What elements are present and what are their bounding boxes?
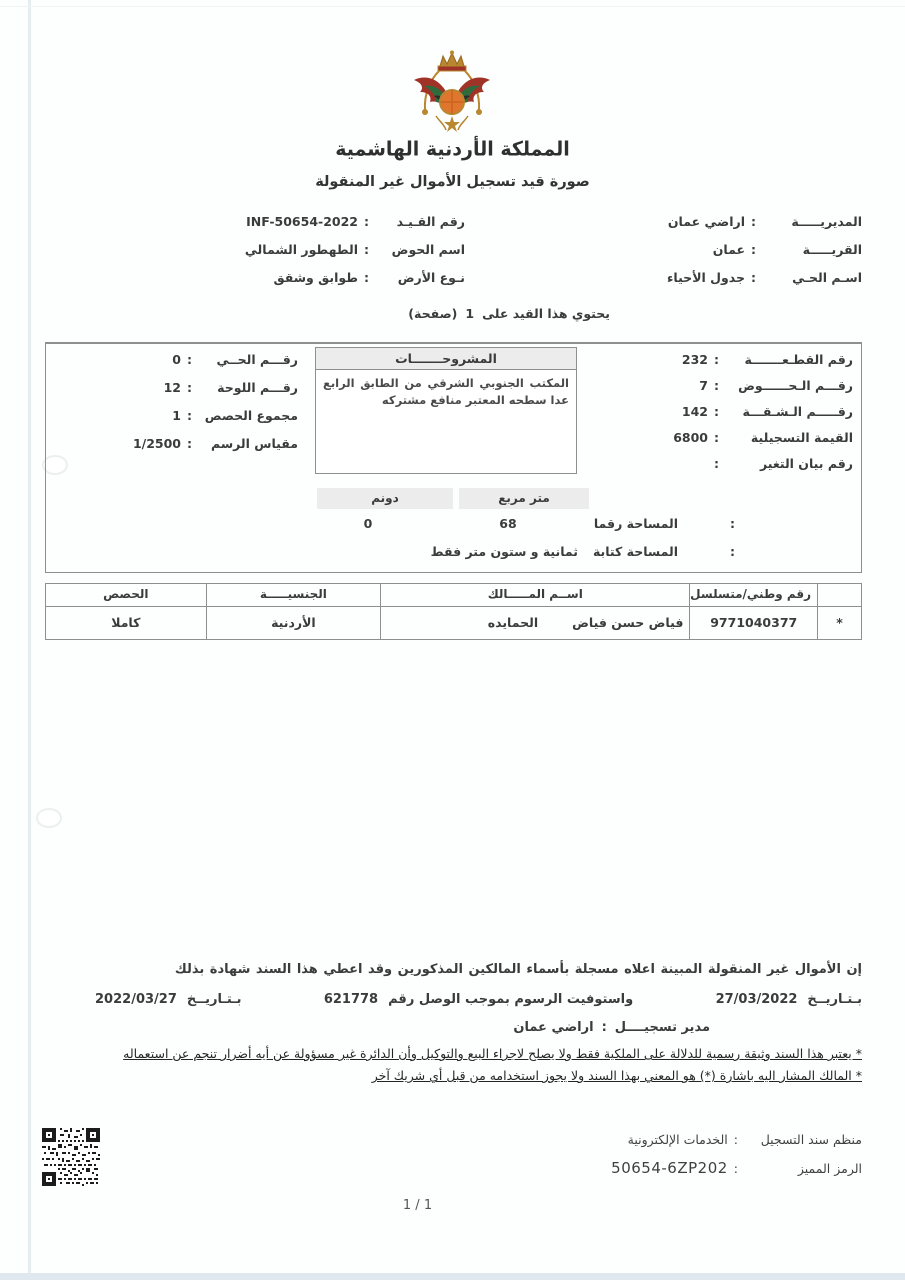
- pages-prefix: يحتوي هذا القيد على: [482, 306, 610, 321]
- scan-edge-bottom: [0, 1273, 905, 1280]
- date-label: بـتـاريــخ: [807, 992, 862, 1007]
- disclaimer-line-2: * المالك المشار اليه باشارة (*) هو المعن…: [60, 1068, 862, 1083]
- area-header-dunum: دونم: [317, 488, 453, 509]
- owner-row: * 9771040377 فياض حسن فياضالحمايده الأرد…: [46, 606, 861, 639]
- registration-manager-line: مدير تسجيــــل : اراضي عمان: [513, 1020, 710, 1035]
- owner-name-first: فياض حسن فياض: [572, 615, 683, 630]
- owner-star-marker: *: [817, 606, 861, 639]
- field-plot-number: رقم القطـعـــــــة : 232: [591, 352, 853, 367]
- meta-right-group: المديريـــــة : اراضي عمان القريـــــة :…: [542, 214, 862, 298]
- field-plate-number: رقـــم اللوحة : 12: [58, 380, 298, 395]
- pages-suffix: (صفحة): [408, 306, 457, 321]
- area-numeric-label: المساحة رقما: [594, 516, 678, 531]
- field-neighborhood: اسـم الحـي : جدول الأحياء: [542, 270, 862, 285]
- area-sqm-value: 68: [488, 516, 528, 531]
- header-national-id: رقم وطني/متسلسل: [689, 584, 817, 606]
- owner-nationality: الأردنية: [206, 606, 381, 639]
- annotations-text: المكتب الجنوبي الشرقي من الطابق الرابع ع…: [316, 370, 576, 413]
- jordan-coat-of-arms-icon: [392, 50, 512, 142]
- qr-code: [42, 1128, 100, 1186]
- field-label: رقـــم الحــي: [198, 352, 298, 367]
- field-value: الطهطور الشمالي: [245, 242, 358, 257]
- page-number: 1 / 1: [0, 1198, 835, 1213]
- field-label: اسم الحوض: [375, 242, 465, 257]
- certification-date2: بـتـاريــخ 2022/03/27: [95, 992, 241, 1007]
- field-label: اسـم الحـي: [762, 270, 862, 285]
- header-share: الحصص: [46, 584, 206, 606]
- field-label: المديريـــــة: [762, 214, 862, 229]
- document-page: المملكة الأردنية الهاشمية صورة قيد تسجيل…: [0, 0, 905, 1280]
- colon: :: [187, 436, 192, 451]
- field-value: 0: [172, 352, 181, 367]
- field-record-number: رقم القـيـد : INF-50654-2022: [100, 214, 465, 229]
- owner-national-id: 9771040377: [689, 606, 817, 639]
- manager-label: مدير تسجيــــل: [615, 1020, 710, 1035]
- owner-share: كاملا: [46, 606, 206, 639]
- parcel-details-box: رقم القطـعـــــــة : 232 رقـــم الـحــــ…: [45, 342, 862, 573]
- footer-info: منظم سند التسجيل : الخدمات الإلكترونية ا…: [562, 1132, 862, 1189]
- certification-fees: واستوفيت الرسوم بموجب الوصل رقم 621778: [324, 992, 633, 1007]
- colon: :: [714, 404, 719, 419]
- colon: :: [751, 242, 756, 257]
- field-value: 12: [164, 380, 181, 395]
- colon: :: [187, 352, 192, 367]
- disclaimer-line-1: * يعتبر هذا السند وثيقة رسمية للدلالة عل…: [60, 1046, 862, 1061]
- colon: :: [602, 1020, 607, 1035]
- punch-hole: [36, 808, 62, 828]
- field-village: القريـــــة : عمان: [542, 242, 862, 257]
- area-written-label: المساحة كتابة: [568, 544, 678, 559]
- colon: :: [187, 408, 192, 423]
- field-label: مجموع الحصص: [198, 408, 298, 423]
- field-basin-number: رقـــم الـحــــــوض : 7: [591, 378, 853, 393]
- colon: :: [187, 380, 192, 395]
- field-label: نـوع الأرض: [375, 270, 465, 285]
- field-value: 6800: [673, 430, 708, 445]
- organizer-value: الخدمات الإلكترونية: [628, 1132, 728, 1147]
- area-numeric-row: المساحة رقما : 68 0: [54, 516, 853, 536]
- parcel-right-fields: رقم القطـعـــــــة : 232 رقـــم الـحــــ…: [591, 352, 853, 482]
- scan-edge-left: [28, 0, 31, 1280]
- field-label: رقم القطـعـــــــة: [725, 352, 853, 367]
- code-value: 50654-6ZP202: [611, 1159, 728, 1177]
- field-value: 142: [682, 404, 708, 419]
- field-value: جدول الأحياء: [667, 270, 745, 285]
- owners-table-header: رقم وطني/متسلسل اســم المـــــالك الجنسي…: [46, 584, 861, 606]
- field-value: 232: [682, 352, 708, 367]
- field-label: رقـــم الـحــــــوض: [725, 378, 853, 393]
- field-value: 1: [172, 408, 181, 423]
- manager-value: اراضي عمان: [513, 1020, 593, 1035]
- field-label: رقم القـيـد: [375, 214, 465, 229]
- field-map-scale: مقياس الرسم : 1/2500: [58, 436, 298, 451]
- field-value: 1/2500: [133, 436, 181, 451]
- field-apartment-number: رقـــــم الـشـقـــة : 142: [591, 404, 853, 419]
- colon: :: [364, 214, 369, 229]
- field-value: INF-50654-2022: [246, 214, 358, 229]
- field-neighborhood-number: رقـــم الحــي : 0: [58, 352, 298, 367]
- field-label: رقـــــم الـشـقـــة: [725, 404, 853, 419]
- scan-edge-top: [0, 6, 905, 7]
- kingdom-title: المملكة الأردنية الهاشمية: [0, 137, 905, 160]
- colon: :: [714, 378, 719, 393]
- area-written-value: ثمانية و ستون متر فقط: [278, 544, 578, 559]
- certification-statement: إن الأموال غير المنقولة المبينة اعلاه مس…: [95, 962, 862, 977]
- organizer-label: منظم سند التسجيل: [744, 1132, 862, 1147]
- colon: :: [734, 1132, 738, 1147]
- field-label: القيمة التسجيلية: [725, 430, 853, 445]
- field-land-type: نـوع الأرض : طوابق وشقق: [100, 270, 465, 285]
- header-star-column: [817, 584, 861, 606]
- date-value: 2022/03/27: [95, 992, 177, 1007]
- colon: :: [714, 456, 719, 471]
- field-value: عمان: [713, 242, 745, 257]
- colon: :: [751, 214, 756, 229]
- document-title: صورة قيد تسجيل الأموال غير المنقولة: [0, 174, 905, 190]
- field-value: 7: [699, 378, 708, 393]
- annotations-box: المشروحـــــــات المكتب الجنوبي الشرقي م…: [315, 347, 577, 474]
- colon: :: [734, 1161, 738, 1176]
- area-header-square-meter: متر مربع: [459, 488, 589, 509]
- field-label: مقياس الرسم: [198, 436, 298, 451]
- area-dunum-value: 0: [348, 516, 388, 531]
- deed-organizer-row: منظم سند التسجيل : الخدمات الإلكترونية: [562, 1132, 862, 1147]
- meta-left-group: رقم القـيـد : INF-50654-2022 اسم الحوض :…: [100, 214, 465, 298]
- certification-date1: بـتـاريــخ 27/03/2022: [716, 992, 862, 1007]
- colon: :: [714, 430, 719, 445]
- owner-name: فياض حسن فياضالحمايده: [380, 606, 689, 639]
- receipt-number: 621778: [324, 992, 378, 1007]
- colon: :: [364, 242, 369, 257]
- colon: :: [364, 270, 369, 285]
- colon: :: [751, 270, 756, 285]
- parcel-left-fields: رقـــم الحــي : 0 رقـــم اللوحة : 12 مجم…: [58, 352, 298, 464]
- owners-table: رقم وطني/متسلسل اســم المـــــالك الجنسي…: [45, 583, 862, 640]
- fees-text: واستوفيت الرسوم بموجب الوصل رقم: [388, 992, 633, 1007]
- certification-dates-line: بـتـاريــخ 27/03/2022 واستوفيت الرسوم بم…: [95, 992, 862, 1007]
- colon: :: [730, 516, 735, 531]
- date-value: 27/03/2022: [716, 992, 798, 1007]
- field-label: القريـــــة: [762, 242, 862, 257]
- owner-name-last: الحمايده: [488, 615, 538, 630]
- code-label: الرمز المميز: [744, 1161, 862, 1176]
- annotations-header: المشروحـــــــات: [316, 348, 576, 370]
- header-nationality: الجنسيـــــة: [206, 584, 381, 606]
- field-basin-name: اسم الحوض : الطهطور الشمالي: [100, 242, 465, 257]
- field-value: طوابق وشقق: [273, 270, 358, 285]
- date-label: بـتـاريــخ: [187, 992, 242, 1007]
- field-label: رقم بيان التغير: [725, 456, 853, 471]
- pages-count-line: يحتوي هذا القيد على 1 (صفحة): [408, 306, 610, 321]
- field-change-statement-number: رقم بيان التغير :: [591, 456, 853, 471]
- field-label: رقـــم اللوحة: [198, 380, 298, 395]
- field-registration-value: القيمة التسجيلية : 6800: [591, 430, 853, 445]
- header-owner-name: اســم المـــــالك: [380, 584, 689, 606]
- field-value: اراضي عمان: [668, 214, 745, 229]
- pages-count: 1: [465, 306, 474, 321]
- colon: :: [714, 352, 719, 367]
- field-directorate: المديريـــــة : اراضي عمان: [542, 214, 862, 229]
- colon: :: [730, 544, 735, 559]
- distinctive-code-row: الرمز المميز : 50654-6ZP202: [562, 1159, 862, 1177]
- field-total-shares: مجموع الحصص : 1: [58, 408, 298, 423]
